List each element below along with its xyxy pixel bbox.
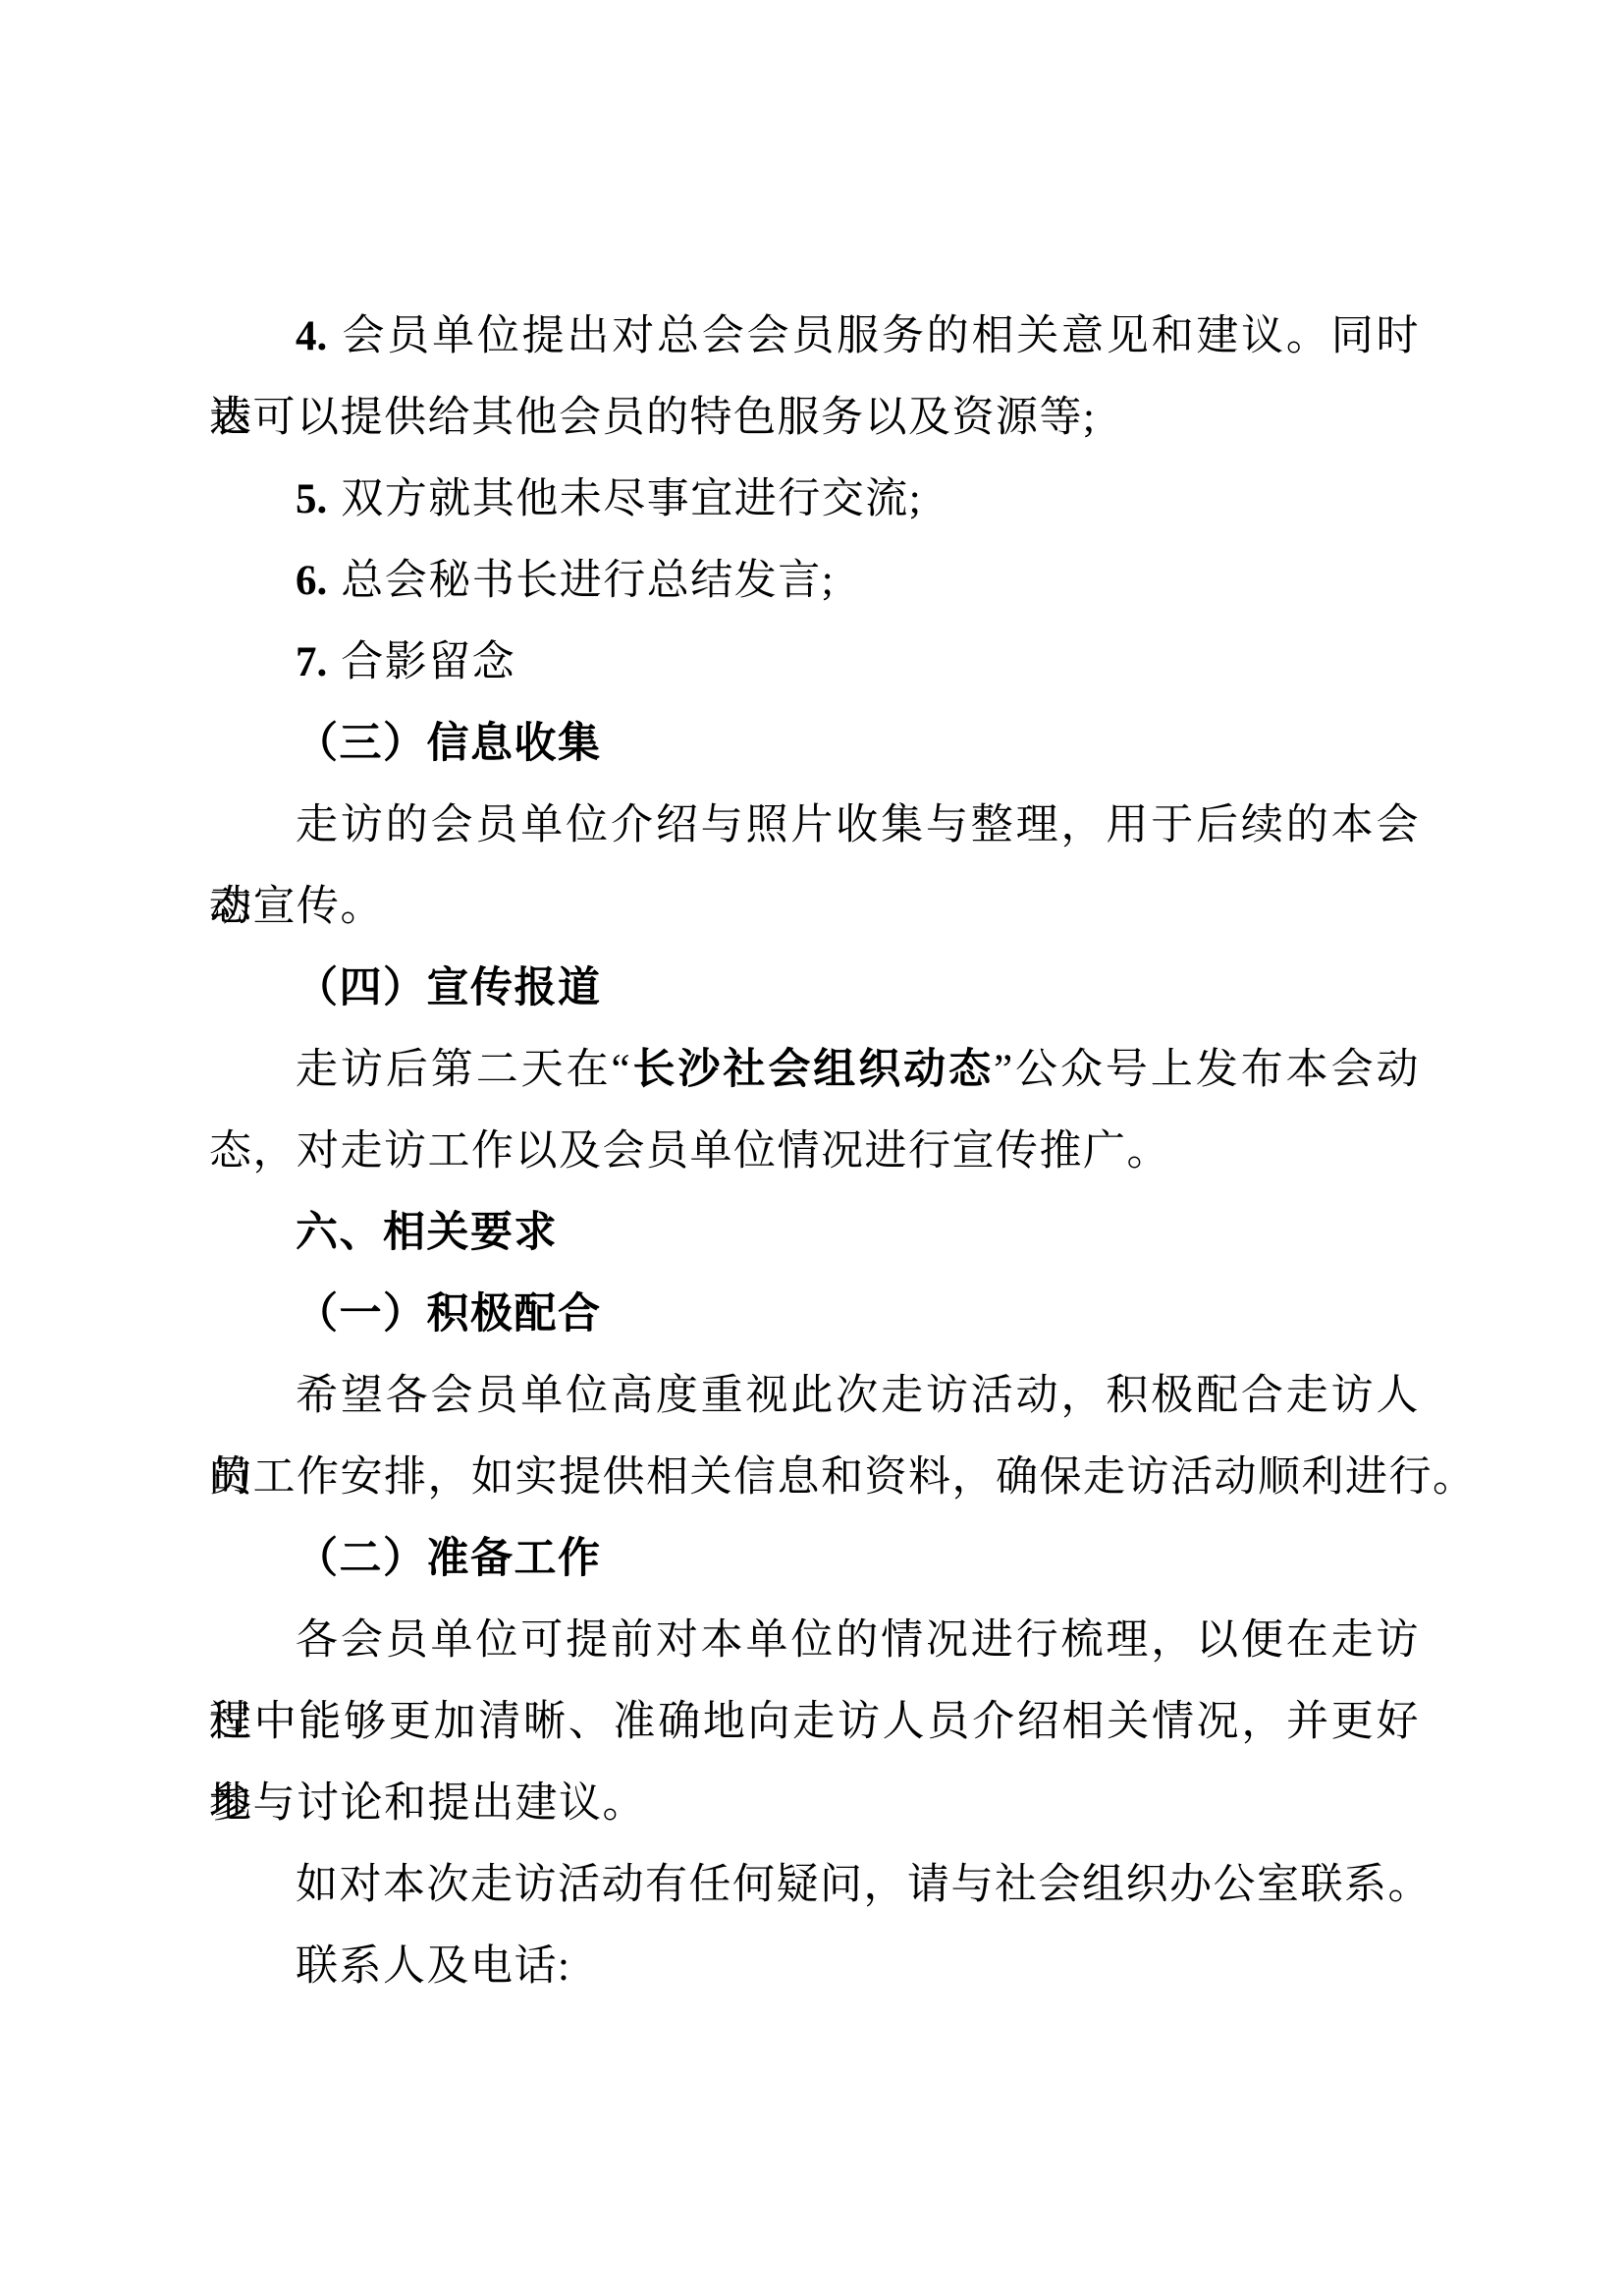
- emphasis-text: 长沙社会组织动态: [631, 1046, 994, 1093]
- body-text: 参与讨论和提出建议。: [209, 1780, 646, 1827]
- document-page: 4.会员单位提出对总会会员服务的相关意见和建议。同时表达可以提供给其他会员的特色…: [0, 0, 1623, 2296]
- text-line: 4.会员单位提出对总会会员服务的相关意见和建议。同时表: [209, 296, 1420, 377]
- text-line: 态宣传。: [209, 866, 1420, 948]
- text-line: 走访的会员单位介绍与照片收集与整理，用于后续的本会动: [209, 785, 1420, 866]
- text-line: （一）积极配合: [209, 1274, 1420, 1355]
- text-line: 各会员单位可提前对本单位的情况进行梳理，以便在走访过: [209, 1600, 1420, 1681]
- emphasis-text: （二）准备工作: [296, 1536, 602, 1582]
- body-text: 的工作安排，如实提供相关信息和资料，确保走访活动顺利进行。: [209, 1454, 1477, 1501]
- body-text: 如对本次走访活动有任何疑问，请与社会组织办公室联系。: [296, 1862, 1432, 1908]
- text-line: 5.双方就其他未尽事宜进行交流;: [209, 459, 1420, 540]
- body-text: 态宣传。: [209, 884, 384, 930]
- text-line: 达可以提供给其他会员的特色服务以及资源等;: [209, 377, 1420, 459]
- emphasis-text: 六、相关要求: [296, 1209, 558, 1256]
- body-text: 双方就其他未尽事宜进行交流;: [341, 476, 922, 522]
- text-line: 走访后第二天在“长沙社会组织动态”公众号上发布本会动: [209, 1029, 1420, 1111]
- text-line: 联系人及电话:: [209, 1926, 1420, 2007]
- emphasis-text: （四）宣传报道: [296, 965, 602, 1011]
- text-line: 态，对走访工作以及会员单位情况进行宣传推广。: [209, 1111, 1420, 1192]
- text-line: 的工作安排，如实提供相关信息和资料，确保走访活动顺利进行。: [209, 1437, 1420, 1518]
- body-text: 走访后第二天在“: [296, 1047, 631, 1093]
- list-number: 7.: [296, 639, 327, 685]
- body-text: 联系人及电话:: [296, 1943, 570, 1990]
- body-text: 达可以提供给其他会员的特色服务以及资源等;: [209, 395, 1096, 441]
- text-line: 参与讨论和提出建议。: [209, 1763, 1420, 1844]
- text-line: （三）信息收集: [209, 703, 1420, 785]
- text-line: 7.合影留念: [209, 622, 1420, 703]
- body-text: 态，对走访工作以及会员单位情况进行宣传推广。: [209, 1128, 1170, 1175]
- text-line: （四）宣传报道: [209, 948, 1420, 1029]
- text-line: 六、相关要求: [209, 1192, 1420, 1274]
- list-number: 6.: [296, 558, 327, 604]
- text-line: 6.总会秘书长进行总结发言;: [209, 540, 1420, 622]
- body-text: 总会秘书长进行总结发言;: [341, 558, 835, 604]
- text-line: 程中能够更加清晰、准确地向走访人员介绍相关情况，并更好地: [209, 1681, 1420, 1763]
- text-line: （二）准备工作: [209, 1518, 1420, 1600]
- list-number: 4.: [296, 313, 327, 359]
- text-line: 如对本次走访活动有任何疑问，请与社会组织办公室联系。: [209, 1844, 1420, 1926]
- body-text: 合影留念: [341, 639, 515, 685]
- body-text: ”公众号上发布本会动: [994, 1047, 1420, 1093]
- emphasis-text: （一）积极配合: [296, 1291, 602, 1338]
- text-line: 希望各会员单位高度重视此次走访活动，积极配合走访人员: [209, 1355, 1420, 1437]
- emphasis-text: （三）信息收集: [296, 721, 602, 767]
- document-body: 4.会员单位提出对总会会员服务的相关意见和建议。同时表达可以提供给其他会员的特色…: [209, 296, 1420, 2007]
- list-number: 5.: [296, 476, 327, 522]
